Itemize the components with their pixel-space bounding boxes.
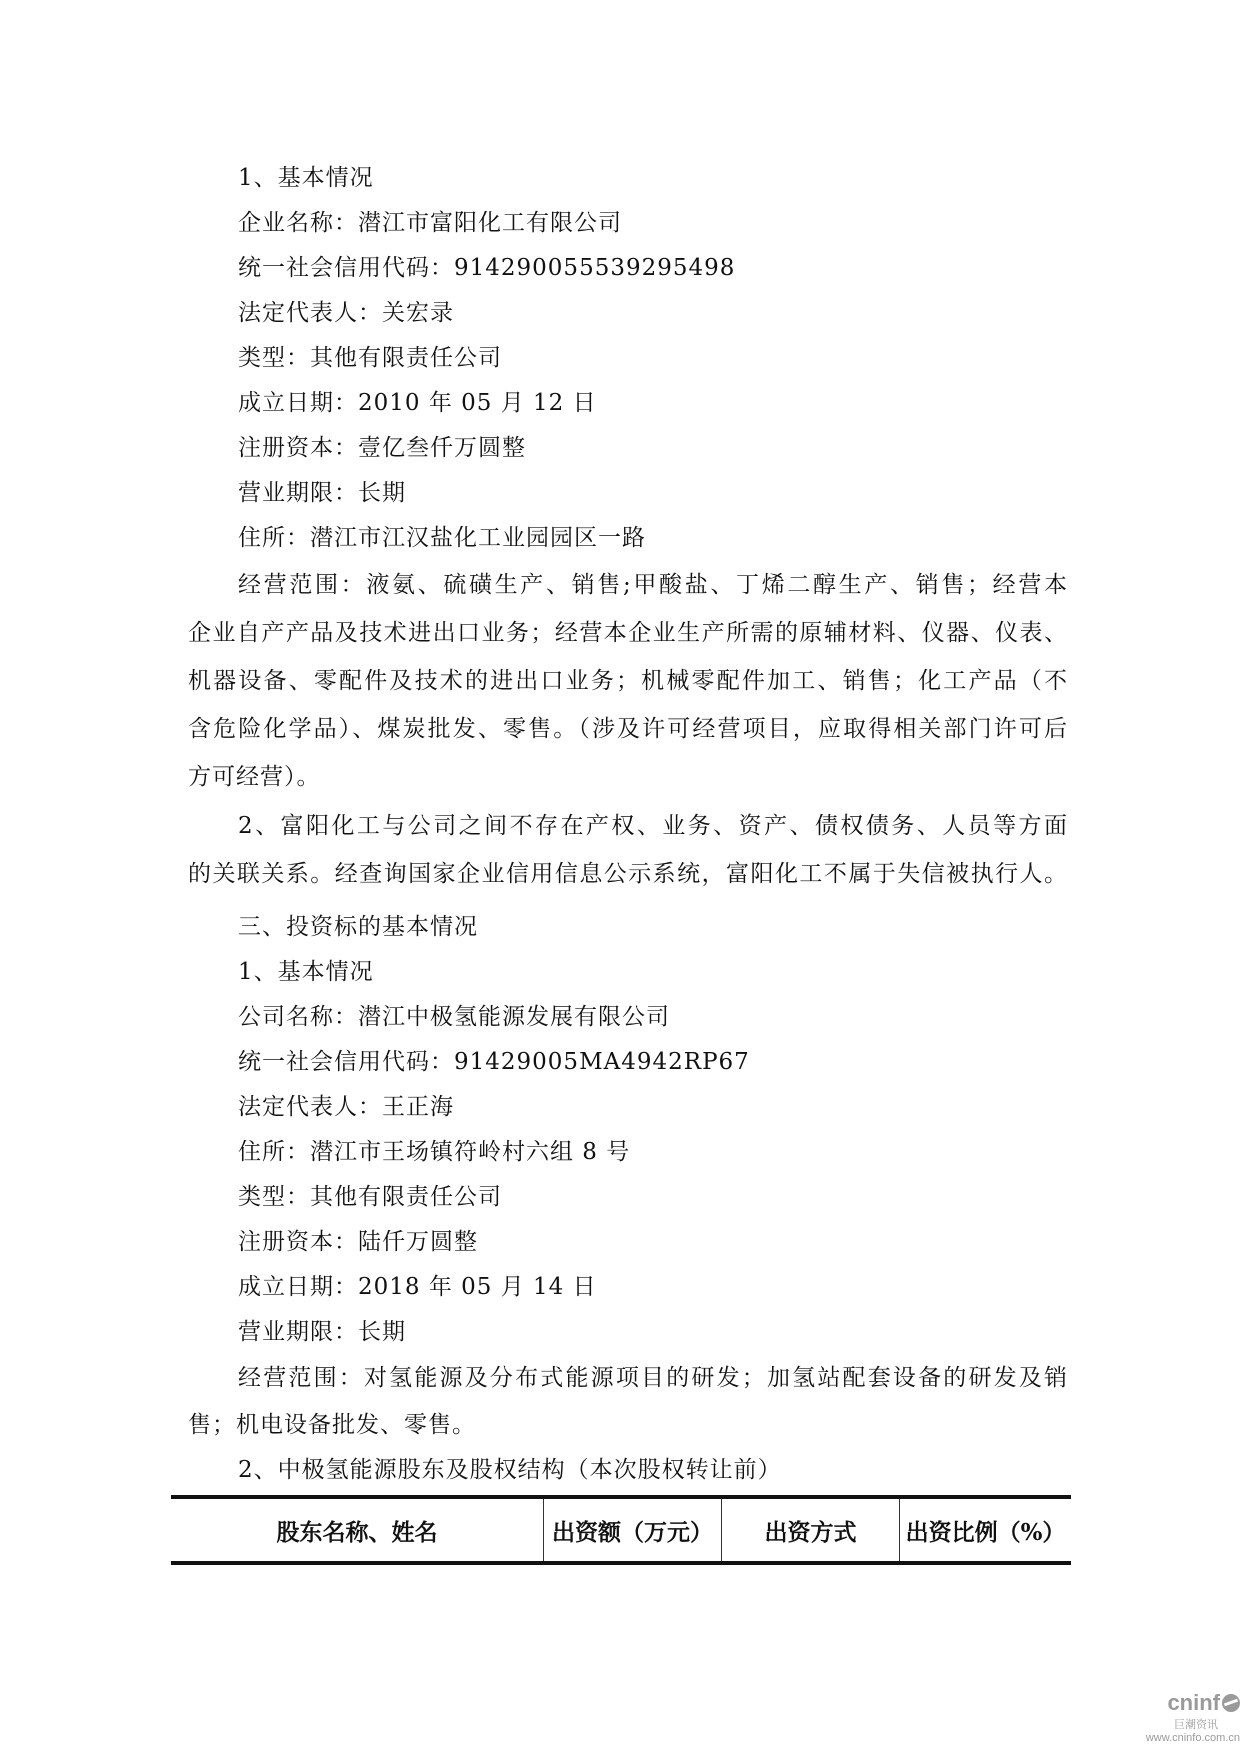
field-term: 营业期限：长期 [238,1317,406,1347]
section-heading: 1、基本情况 [238,163,374,193]
logo-text: cninf [1167,1690,1220,1715]
field-label: 公司名称： [238,1004,358,1030]
field-label: 法定代表人： [238,1094,382,1120]
relation-line: 2、富阳化工与公司之间不存在产权、业务、资产、债权债务、人员等方面 [238,811,1068,841]
field-value: 潜江市王场镇符岭村六组 8 号 [310,1139,630,1165]
scope-line: 经营范围：液氨、硫磺生产、销售;甲酸盐、丁烯二醇生产、销售；经营本 [238,570,1068,600]
field-label: 法定代表人： [238,300,382,326]
field-type: 类型：其他有限责任公司 [238,343,502,373]
field-legal-rep: 法定代表人：关宏录 [238,298,454,328]
field-value: 陆仟万圆整 [358,1229,478,1255]
scope-line: 方可经营）。 [188,762,321,792]
field-address: 住所：潜江市江汉盐化工业园园区一路 [238,523,646,553]
field-company-name: 企业名称：潜江市富阳化工有限公司 [238,208,622,238]
field-value: 潜江中极氢能源发展有限公司 [358,1004,670,1030]
field-label: 营业期限： [238,480,358,506]
field-value: 壹亿叁仟万圆整 [358,435,526,461]
scope-line: 企业自产产品及技术进出口业务；经营本企业生产所需的原辅材料、仪器、仪表、 [188,618,1068,648]
field-legal-rep: 法定代表人：王正海 [238,1092,454,1122]
cninfo-watermark: cninf 巨潮资讯 www.cninfo.com.cn [1120,1690,1240,1744]
relation-line: 的关联关系。经查询国家企业信用信息公示系统，富阳化工不属于失信被执行人。 [188,859,1068,889]
field-label: 统一社会信用代码： [238,255,454,281]
field-label: 成立日期： [238,1274,358,1300]
table-caption: 2、中极氢能源股东及股权结构（本次股权转让前） [238,1455,782,1485]
field-value: 王正海 [382,1094,454,1120]
field-value: 914290055539295498 [454,255,735,281]
field-label: 营业期限： [238,1319,358,1345]
field-established: 成立日期：2018 年 05 月 14 日 [238,1272,597,1302]
watermark-url: www.cninfo.com.cn [1120,1732,1240,1744]
column-header-shareholder: 股东名称、姓名 [171,1497,544,1563]
shareholder-table: 股东名称、姓名 出资额（万元） 出资方式 出资比例（%） [171,1495,1071,1565]
field-label: 统一社会信用代码： [238,1049,454,1075]
field-value: 潜江市富阳化工有限公司 [358,210,622,236]
table-header-row: 股东名称、姓名 出资额（万元） 出资方式 出资比例（%） [171,1497,1071,1563]
field-type: 类型：其他有限责任公司 [238,1182,502,1212]
field-credit-code: 统一社会信用代码：91429005MA4942RP67 [238,1047,750,1077]
scope-line: 机器设备、零配件及技术的进出口业务；机械零配件加工、销售；化工产品（不 [188,666,1068,696]
field-company-name: 公司名称：潜江中极氢能源发展有限公司 [238,1002,670,1032]
field-established: 成立日期：2010 年 05 月 12 日 [238,388,597,418]
field-value: 2018 年 05 月 14 日 [358,1274,597,1300]
field-value: 91429005MA4942RP67 [454,1049,750,1075]
field-label: 类型： [238,1184,310,1210]
scope-line: 含危险化学品）、煤炭批发、零售。（涉及许可经营项目，应取得相关部门许可后 [188,714,1068,744]
cninfo-logo: cninf [1120,1690,1240,1716]
field-capital: 注册资本：陆仟万圆整 [238,1227,478,1257]
cninfo-swirl-icon [1222,1694,1240,1712]
field-term: 营业期限：长期 [238,478,406,508]
field-label: 成立日期： [238,390,358,416]
field-value: 其他有限责任公司 [310,345,502,371]
field-value: 长期 [358,1319,406,1345]
field-label: 住所： [238,525,310,551]
field-label: 住所： [238,1139,310,1165]
scope-line: 售；机电设备批发、零售。 [188,1410,476,1440]
field-value: 其他有限责任公司 [310,1184,502,1210]
watermark-cn-text: 巨潮资讯 [1120,1716,1218,1732]
section-heading: 1、基本情况 [238,957,374,987]
section-title: 三、投资标的基本情况 [238,912,478,942]
field-value: 长期 [358,480,406,506]
field-label: 注册资本： [238,435,358,461]
field-value: 关宏录 [382,300,454,326]
field-value: 潜江市江汉盐化工业园园区一路 [310,525,646,551]
field-label: 类型： [238,345,310,371]
field-value: 2010 年 05 月 12 日 [358,390,597,416]
column-header-ratio: 出资比例（%） [900,1497,1072,1563]
field-credit-code: 统一社会信用代码：914290055539295498 [238,253,735,283]
scope-line: 经营范围：对氢能源及分布式能源项目的研发；加氢站配套设备的研发及销 [238,1363,1068,1393]
column-header-amount: 出资额（万元） [544,1497,722,1563]
column-header-method: 出资方式 [722,1497,900,1563]
field-address: 住所：潜江市王场镇符岭村六组 8 号 [238,1137,630,1167]
field-label: 企业名称： [238,210,358,236]
field-label: 注册资本： [238,1229,358,1255]
field-capital: 注册资本：壹亿叁仟万圆整 [238,433,526,463]
